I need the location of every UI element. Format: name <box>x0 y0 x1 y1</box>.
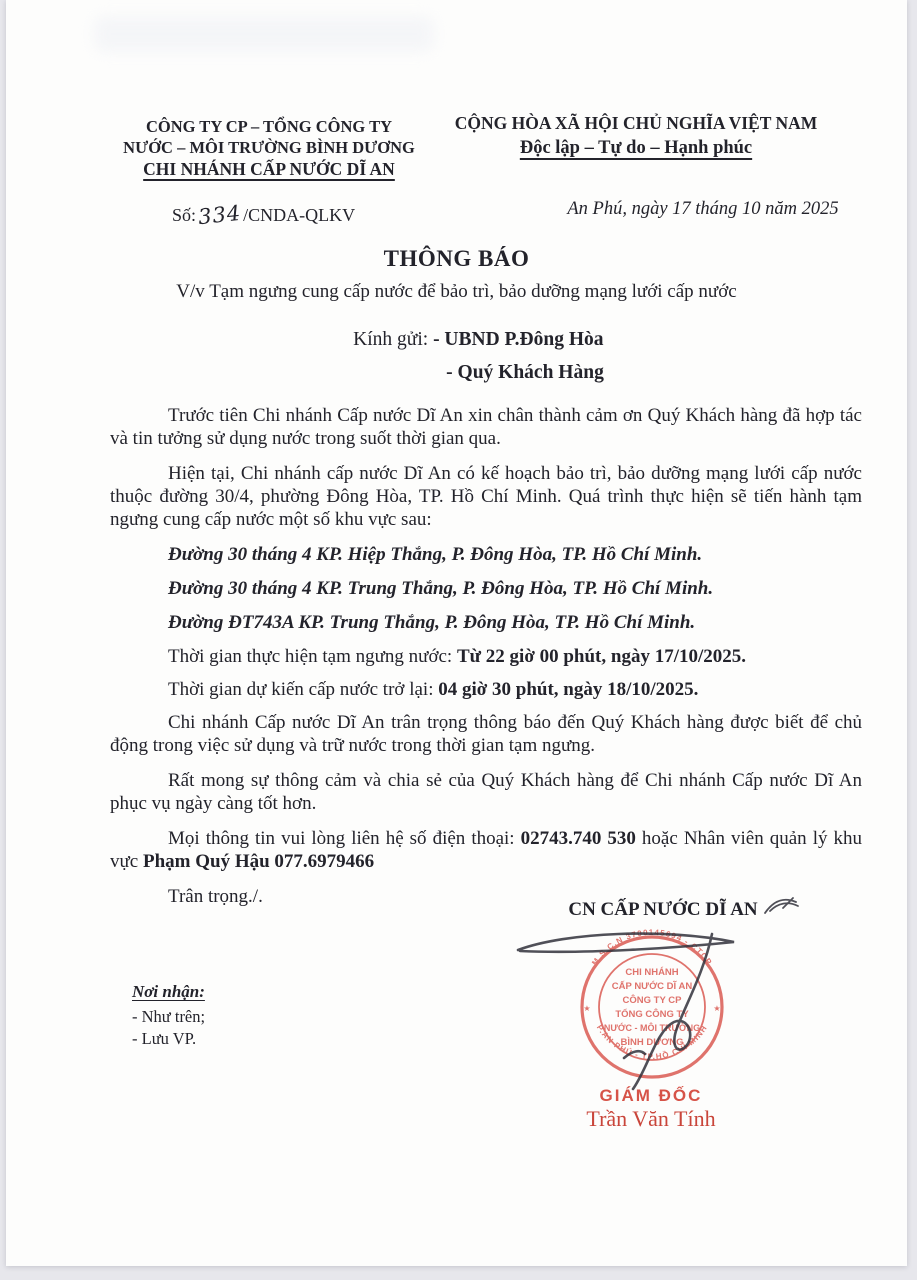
contact-pre: Mọi thông tin vui lòng liên hệ số điện t… <box>168 828 521 849</box>
body-text: Trước tiên Chi nhánh Cấp nước Dĩ An xin … <box>110 404 862 920</box>
director-signature <box>506 916 836 1101</box>
director-title: GIÁM ĐỐC <box>551 1086 751 1106</box>
distribution-label: Nơi nhận: <box>132 981 205 1003</box>
document-number: Số:334/CNDA-QLKV <box>172 202 355 226</box>
date-line: An Phú, ngày 17 tháng 10 năm 2025 <box>558 199 848 220</box>
document-page: CÔNG TY CP – TỔNG CÔNG TY NƯỚC – MÔI TRƯ… <box>6 0 907 1266</box>
document-number-suffix: /CNDA-QLKV <box>243 205 355 225</box>
shutoff-time-value: Từ 22 giờ 00 phút, ngày 17/10/2025. <box>457 646 746 667</box>
affected-area-2: Đường 30 tháng 4 KP. Trung Thắng, P. Đôn… <box>110 577 862 600</box>
national-header-line1: CỘNG HÒA XÃ HỘI CHỦ NGHĨA VIỆT NAM <box>434 112 838 134</box>
distribution-item-1: - Như trên; <box>132 1006 205 1028</box>
national-header-block: CỘNG HÒA XÃ HỘI CHỦ NGHĨA VIỆT NAM Độc l… <box>434 112 838 159</box>
contact-phone: 02743.740 530 <box>521 828 636 849</box>
issuer-line1: CÔNG TY CP – TỔNG CÔNG TY <box>118 116 420 137</box>
national-motto: Độc lập – Tự do – Hạnh phúc <box>434 138 838 159</box>
distribution-item-2: - Lưu VP. <box>132 1028 205 1050</box>
shutoff-time-label: Thời gian thực hiện tạm ngưng nước: <box>168 646 457 667</box>
recipients-line2: - Quý Khách Hàng <box>353 356 604 389</box>
affected-area-1: Đường 30 tháng 4 KP. Hiệp Thắng, P. Đông… <box>110 543 862 566</box>
affected-area-3: Đường ĐT743A KP. Trung Thắng, P. Đông Hò… <box>110 611 862 634</box>
shutoff-time-line: Thời gian thực hiện tạm ngưng nước: Từ 2… <box>110 645 862 668</box>
contact-manager: Phạm Quý Hậu 077.6979466 <box>143 851 374 872</box>
director-name: Trần Văn Tính <box>534 1106 768 1132</box>
recipient-1: - UBND P.Đông Hòa <box>433 329 603 350</box>
issuer-branch-name: CHI NHÁNH CẤP NƯỚC DĨ AN <box>118 159 420 180</box>
page-title: THÔNG BÁO <box>6 246 907 272</box>
paragraph-contact: Mọi thông tin vui lòng liên hệ số điện t… <box>110 827 862 873</box>
paragraph-thanks: Trước tiên Chi nhánh Cấp nước Dĩ An xin … <box>110 404 862 450</box>
paragraph-plan: Hiện tại, Chi nhánh cấp nước Dĩ An có kế… <box>110 462 862 531</box>
document-number-handwritten: 334 <box>197 201 242 229</box>
recipients-block: Kính gửi: - UBND P.Đông Hòa - Quý Khách … <box>6 323 907 389</box>
restore-time-line: Thời gian dự kiến cấp nước trở lại: 04 g… <box>110 678 862 701</box>
issuer-line2: NƯỚC – MÔI TRƯỜNG BÌNH DƯƠNG <box>118 137 420 158</box>
restore-time-label: Thời gian dự kiến cấp nước trở lại: <box>168 679 438 700</box>
recipients-label: Kính gửi: <box>353 329 428 350</box>
paragraph-notice: Chi nhánh Cấp nước Dĩ An trân trọng thôn… <box>110 711 862 757</box>
recipients-line1: Kính gửi: - UBND P.Đông Hòa <box>353 323 604 356</box>
document-number-prefix: Số: <box>172 205 196 225</box>
distribution-block: Nơi nhận: - Như trên; - Lưu VP. <box>132 981 205 1050</box>
initials-scribble-icon <box>762 894 802 918</box>
paragraph-apology: Rất mong sự thông cảm và chia sẻ của Quý… <box>110 769 862 815</box>
restore-time-value: 04 giờ 30 phút, ngày 18/10/2025. <box>438 679 698 700</box>
issuer-block: CÔNG TY CP – TỔNG CÔNG TY NƯỚC – MÔI TRƯ… <box>118 116 420 180</box>
page-subject: V/v Tạm ngưng cung cấp nước để bảo trì, … <box>6 281 907 303</box>
recipient-2: - Quý Khách Hàng <box>446 362 604 383</box>
scan-smudge <box>94 16 434 52</box>
